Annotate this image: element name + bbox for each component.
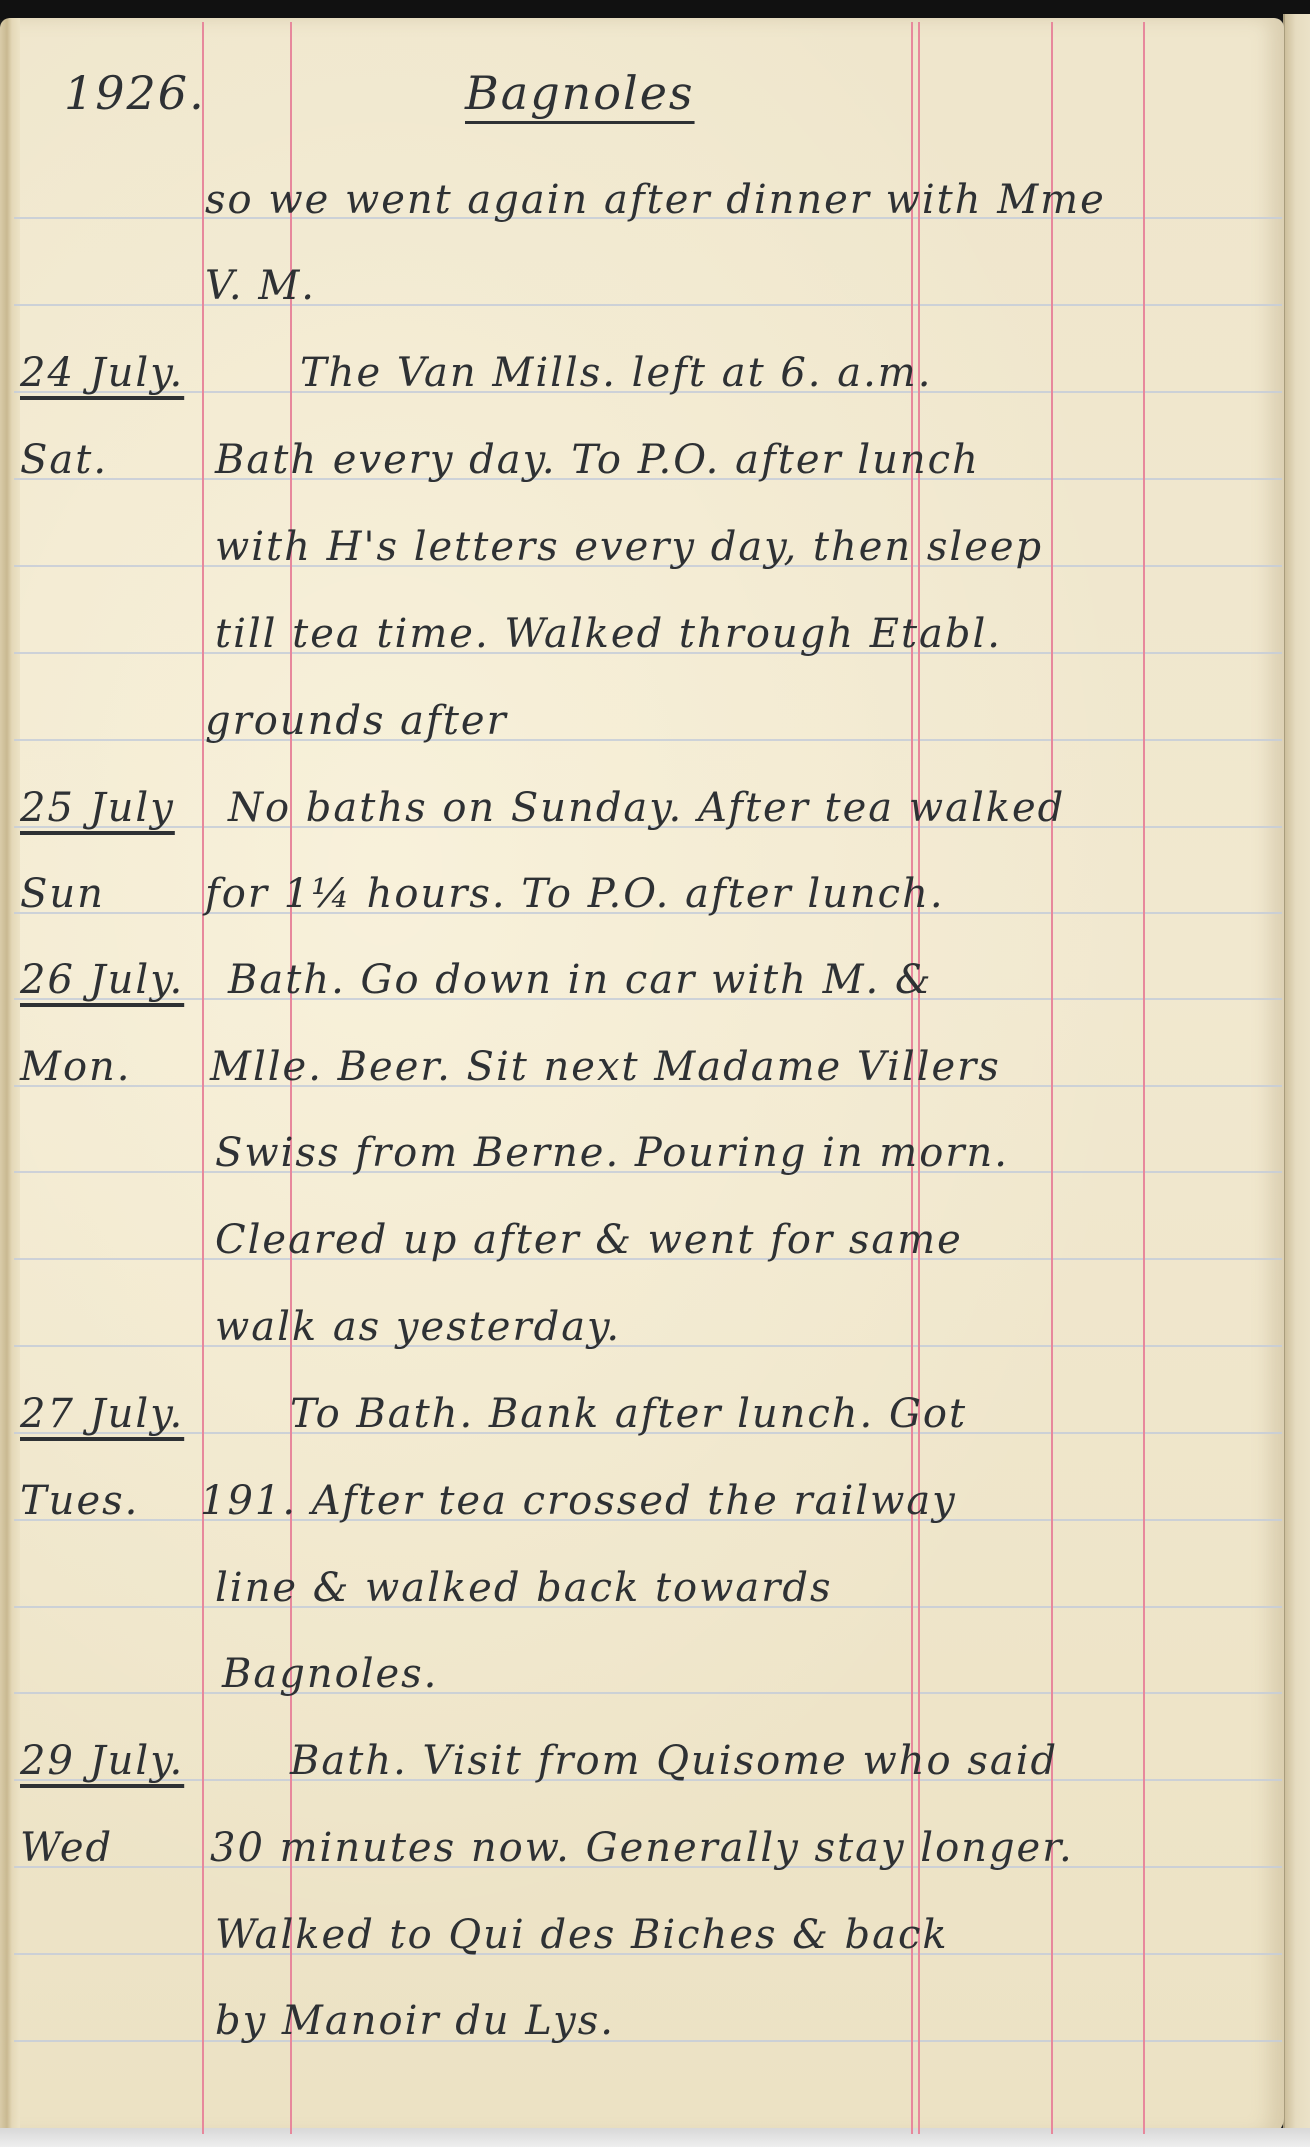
- body-line: 191. After tea crossed the railway: [200, 1481, 957, 1521]
- entry-weekday: Mon.: [20, 1047, 132, 1087]
- body-line: Swiss from Berne. Pouring in morn.: [215, 1133, 1009, 1173]
- entry-weekday: Wed: [20, 1828, 113, 1868]
- body-line: by Manoir du Lys.: [215, 2001, 615, 2041]
- margin-rule: [202, 22, 204, 2134]
- column-rule: [1143, 22, 1145, 2134]
- body-line: Mlle. Beer. Sit next Madame Villers: [210, 1047, 1001, 1087]
- entry-date: 29 July.: [20, 1741, 184, 1781]
- body-line: Bath every day. To P.O. after lunch: [215, 440, 980, 480]
- body-line: line & walked back towards: [215, 1568, 832, 1608]
- entry-date: 26 July.: [20, 960, 184, 1000]
- body-line: Bagnoles.: [222, 1654, 438, 1694]
- next-page-edge: [1283, 14, 1310, 2134]
- body-line: so we went again after dinner with Mme: [205, 180, 1106, 220]
- body-line: To Bath. Bank after lunch. Got: [290, 1394, 967, 1434]
- ruled-line: [14, 1692, 1282, 1694]
- body-line: till tea time. Walked through Etabl.: [215, 614, 1002, 654]
- entry-weekday: Tues.: [20, 1481, 139, 1521]
- body-line: walk as yesterday.: [215, 1307, 621, 1347]
- ruled-line: [14, 1345, 1282, 1347]
- entry-weekday: Sat.: [20, 440, 108, 480]
- place-heading: Bagnoles: [465, 70, 695, 116]
- body-line: 30 minutes now. Generally stay longer.: [210, 1828, 1074, 1868]
- body-line: The Van Mills. left at 6. a.m.: [300, 353, 932, 393]
- body-line: Bath. Go down in car with M. &: [228, 960, 933, 1000]
- body-line: No baths on Sunday. After tea walked: [228, 788, 1065, 828]
- body-line: with H's letters every day, then sleep: [215, 527, 1043, 567]
- year-heading: 1926.: [64, 70, 206, 116]
- body-line: Cleared up after & went for same: [215, 1220, 963, 1260]
- page-stack-edge: [0, 18, 20, 2136]
- ruled-line: [14, 2040, 1282, 2042]
- scan-top-edge: [0, 0, 1310, 20]
- entry-weekday: Sun: [20, 874, 105, 914]
- scan-bottom-edge: [0, 2128, 1310, 2147]
- entry-date: 27 July.: [20, 1394, 184, 1434]
- body-line: for 1¼ hours. To P.O. after lunch.: [205, 874, 945, 914]
- column-rule: [1051, 22, 1053, 2134]
- entry-date: 25 July: [20, 788, 175, 828]
- entry-date: 24 July.: [20, 353, 184, 393]
- body-line: Bath. Visit from Quisome who said: [290, 1741, 1058, 1781]
- body-line: Walked to Qui des Biches & back: [215, 1915, 949, 1955]
- body-line: grounds after: [205, 701, 508, 741]
- body-line: V. M.: [205, 266, 316, 306]
